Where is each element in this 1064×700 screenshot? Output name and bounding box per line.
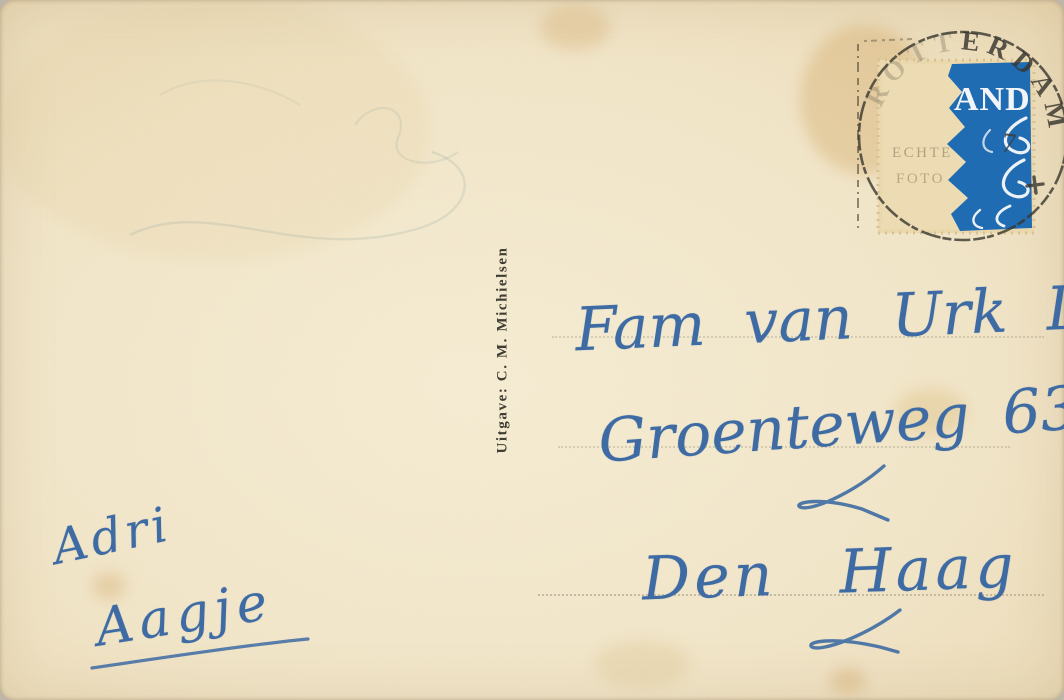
cross-mark-icon xyxy=(1027,177,1043,193)
underprint-text: FOTO xyxy=(896,171,945,187)
address-line-3: Den Haag xyxy=(641,531,1019,614)
paper-stain xyxy=(0,0,430,260)
paper-stain xyxy=(540,5,610,50)
flourish-stroke xyxy=(799,466,888,520)
postage-stamp: ECHTE FOTO AND xyxy=(878,60,1034,233)
stamp-country-text: AND xyxy=(954,81,1031,118)
address-line-2: Groenteweg 63 xyxy=(596,373,1064,476)
stamp-backing-highlight xyxy=(882,64,1030,229)
publisher-imprint: Uitgave: C. M. Michielsen xyxy=(495,246,512,453)
underprint-text: ECHTE xyxy=(892,145,953,161)
address-line-1: Fam van Urk Dam xyxy=(574,269,1064,366)
sender-signature-2: Aagje xyxy=(91,571,277,658)
stamp-ornament xyxy=(973,118,1028,228)
paper-stain xyxy=(830,668,866,694)
sender-signature-1: Adri xyxy=(47,496,176,576)
stamp-backing-paper xyxy=(878,60,1034,233)
stamp-box-dashed-line xyxy=(864,39,912,41)
scribble-marks xyxy=(0,0,560,300)
postmark-city-text: ROTTERDAM xyxy=(859,25,1064,136)
postcard-surface: Uitgave: C. M. Michielsen Fam van Urk Da… xyxy=(0,0,1064,700)
postmark: ROTTERDAM 7 xyxy=(859,25,1064,240)
stamp-and-postmark: ECHTE FOTO AND ROTTERDAM xyxy=(820,0,1064,270)
postmark-ring xyxy=(859,32,1064,240)
paper-stain xyxy=(800,25,930,175)
flourish-stroke xyxy=(811,610,900,652)
paper-stain xyxy=(595,640,690,688)
postmark-numeral: 7 xyxy=(1000,127,1018,160)
stamp-torn-piece xyxy=(947,62,1032,231)
